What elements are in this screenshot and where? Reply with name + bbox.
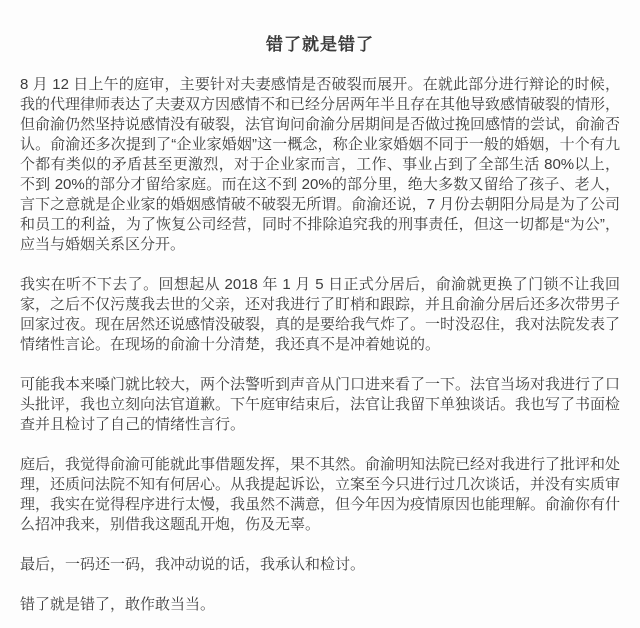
paragraph-court-hearing: 8 月 12 日上午的庭审，主要针对夫妻感情是否破裂而展开。在就此部分进行辩论的… [20, 75, 620, 255]
statement-document: 错了就是错了 8 月 12 日上午的庭审，主要针对夫妻感情是否破裂而展开。在就此… [0, 0, 640, 628]
paragraph-closing-line: 错了就是错了，敢作敢当当。 [20, 595, 620, 615]
paragraph-after-hearing: 庭后，我觉得俞渝可能就此事借题发挥，果不其然。俞渝明知法院已经对我进行了批评和处… [20, 455, 620, 535]
paragraph-separation-recollection: 我实在听不下去了。回想起从 2018 年 1 月 5 日正式分居后，俞渝就更换了… [20, 275, 620, 355]
document-title: 错了就是错了 [20, 30, 620, 55]
paragraph-final-admission: 最后，一码还一码，我冲动说的话，我承认和检讨。 [20, 555, 620, 575]
paragraph-apology-to-judge: 可能我本来嗓门就比较大，两个法警听到声音从门口进来看了一下。法官当场对我进行了口… [20, 375, 620, 435]
